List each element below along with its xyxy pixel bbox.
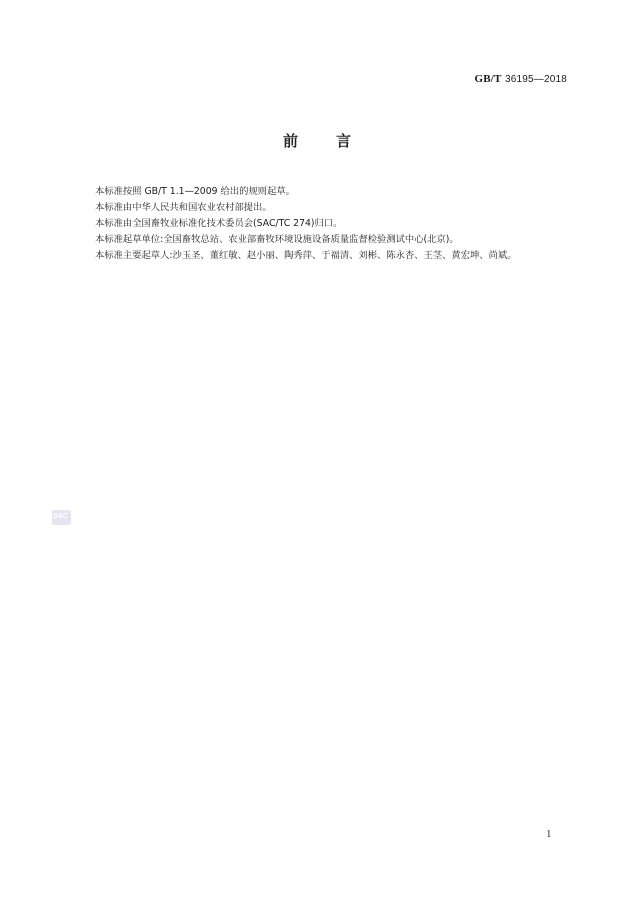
paragraph-proposed-by: 本标准由中华人民共和国农业农村部提出。 (95, 200, 575, 216)
foreword-body: 本标准按照 GB/T 1.1—2009 给出的规则起草。 本标准由中华人民共和国… (95, 184, 575, 264)
page-number: 1 (546, 828, 552, 840)
standard-number: 36195—2018 (505, 74, 567, 85)
title-char-1: 前 (283, 130, 298, 151)
paragraph-drafting-units: 本标准起草单位:全国畜牧总站、农业部畜牧环境设施设备质量监督检验测试中心(北京)… (95, 232, 575, 248)
paragraph-centralized-by: 本标准由全国畜牧业标准化技术委员会(SAC/TC 274)归口。 (95, 216, 575, 232)
standard-prefix: GB/T (474, 73, 501, 85)
watermark-text: SAC (53, 513, 68, 520)
title-char-2: 言 (336, 130, 351, 151)
section-title-foreword: 前言 (0, 130, 634, 151)
standard-number-header: GB/T 36195—2018 (474, 73, 567, 85)
paragraph-drafters: 本标准主要起草人:沙玉圣、董红敏、赵小丽、陶秀萍、于福清、刘彬、陈永杏、王茎、黄… (95, 248, 575, 264)
paragraph-drafting-rules: 本标准按照 GB/T 1.1—2009 给出的规则起草。 (95, 184, 575, 200)
sac-watermark-logo: SAC (52, 510, 71, 525)
